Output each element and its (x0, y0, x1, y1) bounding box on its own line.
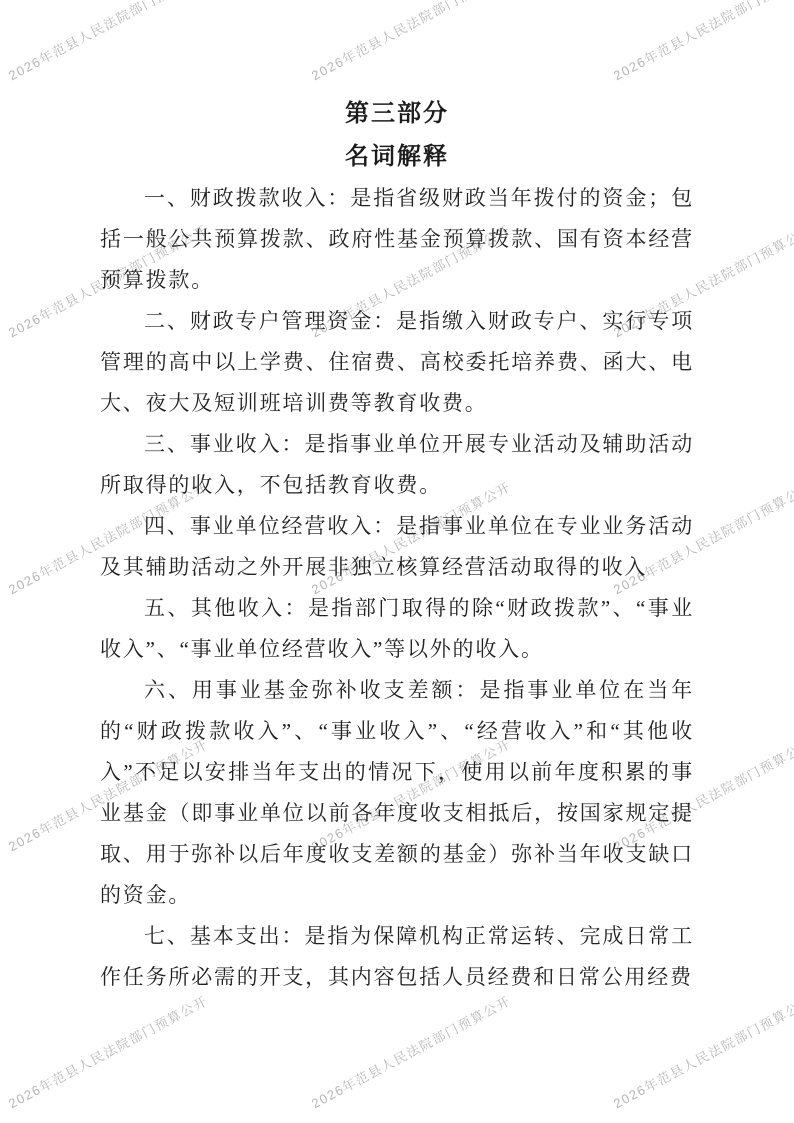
paragraph-institution-operating-income: 四、事业单位经营收入：是指事业单位在专业业务活动及其辅助活动之外开展非独立核算经… (100, 506, 694, 588)
document-content: 第三部分 名词解释 一、财政拨款收入：是指省级财政当年拨付的资金；包括一般公共预… (100, 92, 694, 998)
paragraph-fiscal-special-account-funds: 二、财政专户管理资金：是指缴入财政专户、实行专项管理的高中以上学费、住宿费、高校… (100, 301, 694, 424)
watermark-text: 2026年范县人民法院部门预算公开 (611, 992, 794, 1113)
section-title: 名词解释 (100, 135, 694, 178)
watermark-text: 2026年范县人民法院部门预算公开 (6, 992, 212, 1113)
paragraph-basic-expenditure: 七、基本支出：是指为保障机构正常运转、完成日常工作任务所必需的开支，其内容包括人… (100, 916, 694, 998)
watermark-text: 2026年范县人民法院部门预算公开 (611, 0, 794, 85)
paragraph-institution-income: 三、事业收入：是指事业单位开展专业活动及辅助活动所取得的收入，不包括教育收费。 (100, 424, 694, 506)
document-page: 2026年范县人民法院部门预算公开2026年范县人民法院部门预算公开2026年范… (0, 0, 794, 1123)
paragraph-other-income: 五、其他收入：是指部门取得的除“财政拨款”、“事业收入”、“事业单位经营收入”等… (100, 588, 694, 670)
watermark-text: 2026年范县人民法院部门预算公开 (309, 0, 515, 85)
part-title: 第三部分 (100, 92, 694, 135)
watermark-text: 2026年范县人民法院部门预算公开 (6, 0, 212, 85)
paragraph-fund-deficit-coverage: 六、用事业基金弥补收支差额：是指事业单位在当年的“财政拨款收入”、“事业收入”、… (100, 670, 694, 916)
paragraph-fiscal-appropriation-income: 一、财政拨款收入：是指省级财政当年拨付的资金；包括一般公共预算拨款、政府性基金预… (100, 178, 694, 301)
watermark-text: 2026年范县人民法院部门预算公开 (309, 992, 515, 1113)
